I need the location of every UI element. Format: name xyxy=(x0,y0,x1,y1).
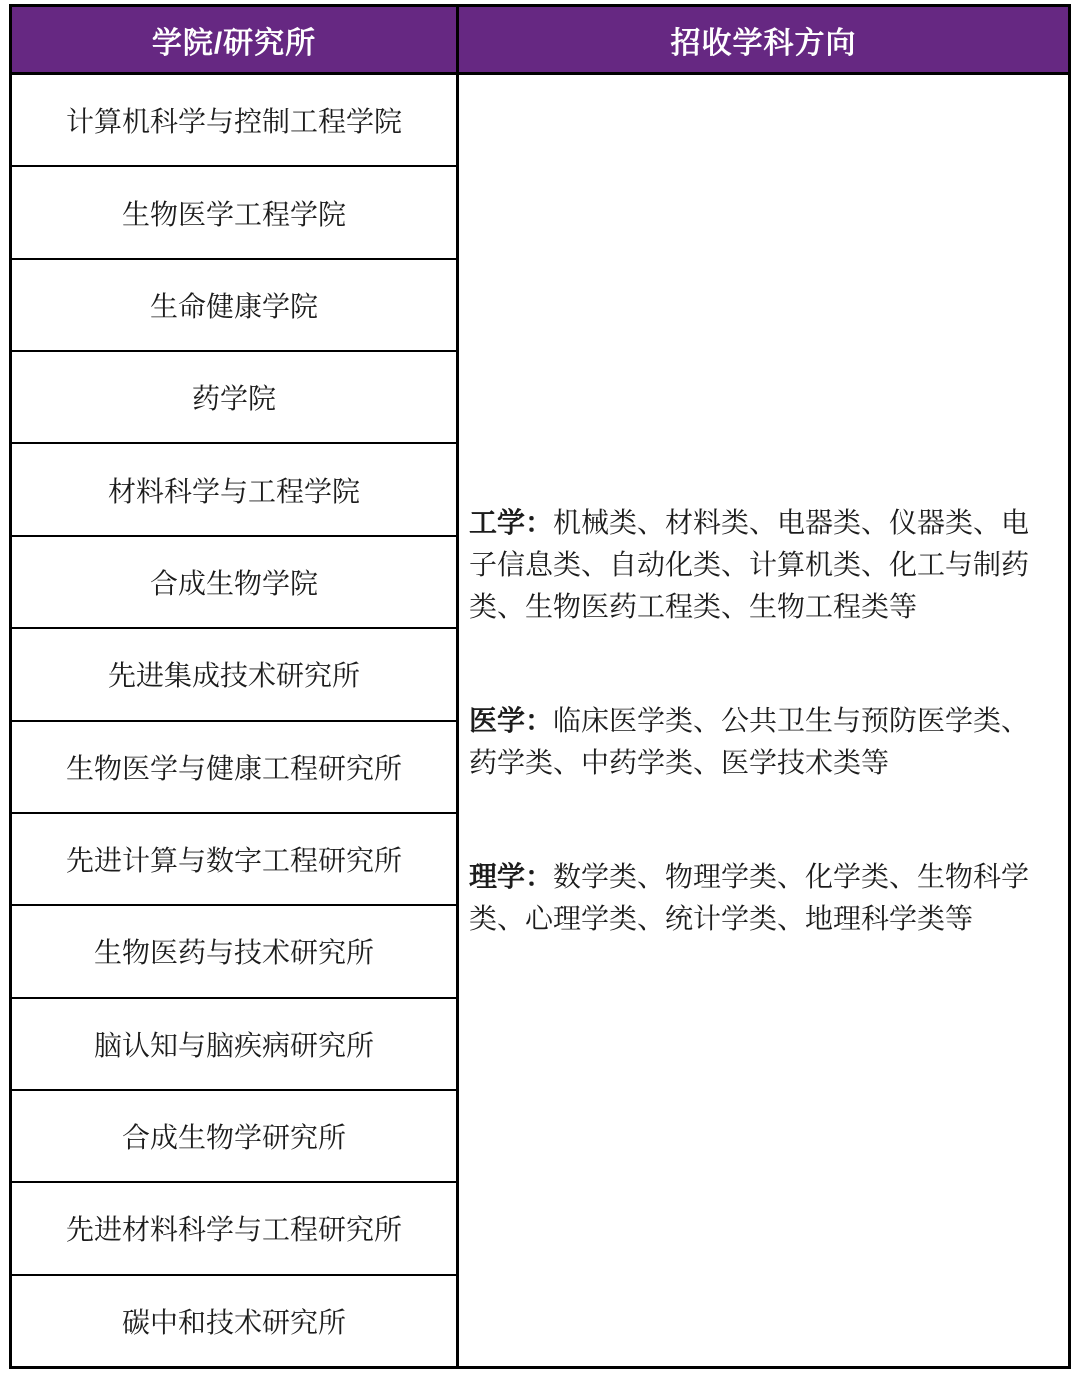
major-label: 理学： xyxy=(469,861,553,892)
page: 学院/研究所 招收学科方向 计算机科学与控制工程学院 生物医学工程学院 生命健康… xyxy=(0,0,1080,1380)
institution-row: 碳中和技术研究所 xyxy=(12,1276,456,1366)
header-cell-institutions: 学院/研究所 xyxy=(12,7,456,72)
institution-row: 生命健康学院 xyxy=(12,260,456,352)
institution-row: 先进集成技术研究所 xyxy=(12,629,456,721)
institution-row: 生物医药与技术研究所 xyxy=(12,906,456,998)
major-label: 工学： xyxy=(469,507,553,538)
table-body: 计算机科学与控制工程学院 生物医学工程学院 生命健康学院 药学院 材料科学与工程… xyxy=(12,75,1068,1366)
major-text: 数学类、物理学类、化学类、生物科学类、心理学类、统计学类、地理科学类等 xyxy=(469,861,1029,934)
institution-row: 先进计算与数字工程研究所 xyxy=(12,814,456,906)
institution-row: 材料科学与工程学院 xyxy=(12,444,456,536)
institution-row: 合成生物学院 xyxy=(12,537,456,629)
institution-row: 合成生物学研究所 xyxy=(12,1091,456,1183)
majors-merged-cell: 工学：机械类、材料类、电器类、仪器类、电子信息类、自动化类、计算机类、化工与制药… xyxy=(456,75,1068,1366)
major-label: 医学： xyxy=(469,705,553,736)
institution-row: 药学院 xyxy=(12,352,456,444)
institution-row: 生物医学工程学院 xyxy=(12,167,456,259)
institutions-column: 计算机科学与控制工程学院 生物医学工程学院 生命健康学院 药学院 材料科学与工程… xyxy=(12,75,456,1366)
institution-row: 生物医学与健康工程研究所 xyxy=(12,722,456,814)
major-paragraph-engineering: 工学：机械类、材料类、电器类、仪器类、电子信息类、自动化类、计算机类、化工与制药… xyxy=(469,502,1040,628)
major-text: 临床医学类、公共卫生与预防医学类、药学类、中药学类、医学技术类等 xyxy=(469,705,1029,778)
major-paragraph-science: 理学：数学类、物理学类、化学类、生物科学类、心理学类、统计学类、地理科学类等 xyxy=(469,856,1040,940)
institution-row: 先进材料科学与工程研究所 xyxy=(12,1183,456,1275)
major-paragraph-medicine: 医学：临床医学类、公共卫生与预防医学类、药学类、中药学类、医学技术类等 xyxy=(469,700,1040,784)
table-header-row: 学院/研究所 招收学科方向 xyxy=(12,7,1068,75)
major-text: 机械类、材料类、电器类、仪器类、电子信息类、自动化类、计算机类、化工与制药类、生… xyxy=(469,507,1029,622)
institution-row: 脑认知与脑疾病研究所 xyxy=(12,999,456,1091)
institution-row: 计算机科学与控制工程学院 xyxy=(12,75,456,167)
admissions-table: 学院/研究所 招收学科方向 计算机科学与控制工程学院 生物医学工程学院 生命健康… xyxy=(9,4,1071,1369)
header-cell-majors: 招收学科方向 xyxy=(456,7,1068,72)
